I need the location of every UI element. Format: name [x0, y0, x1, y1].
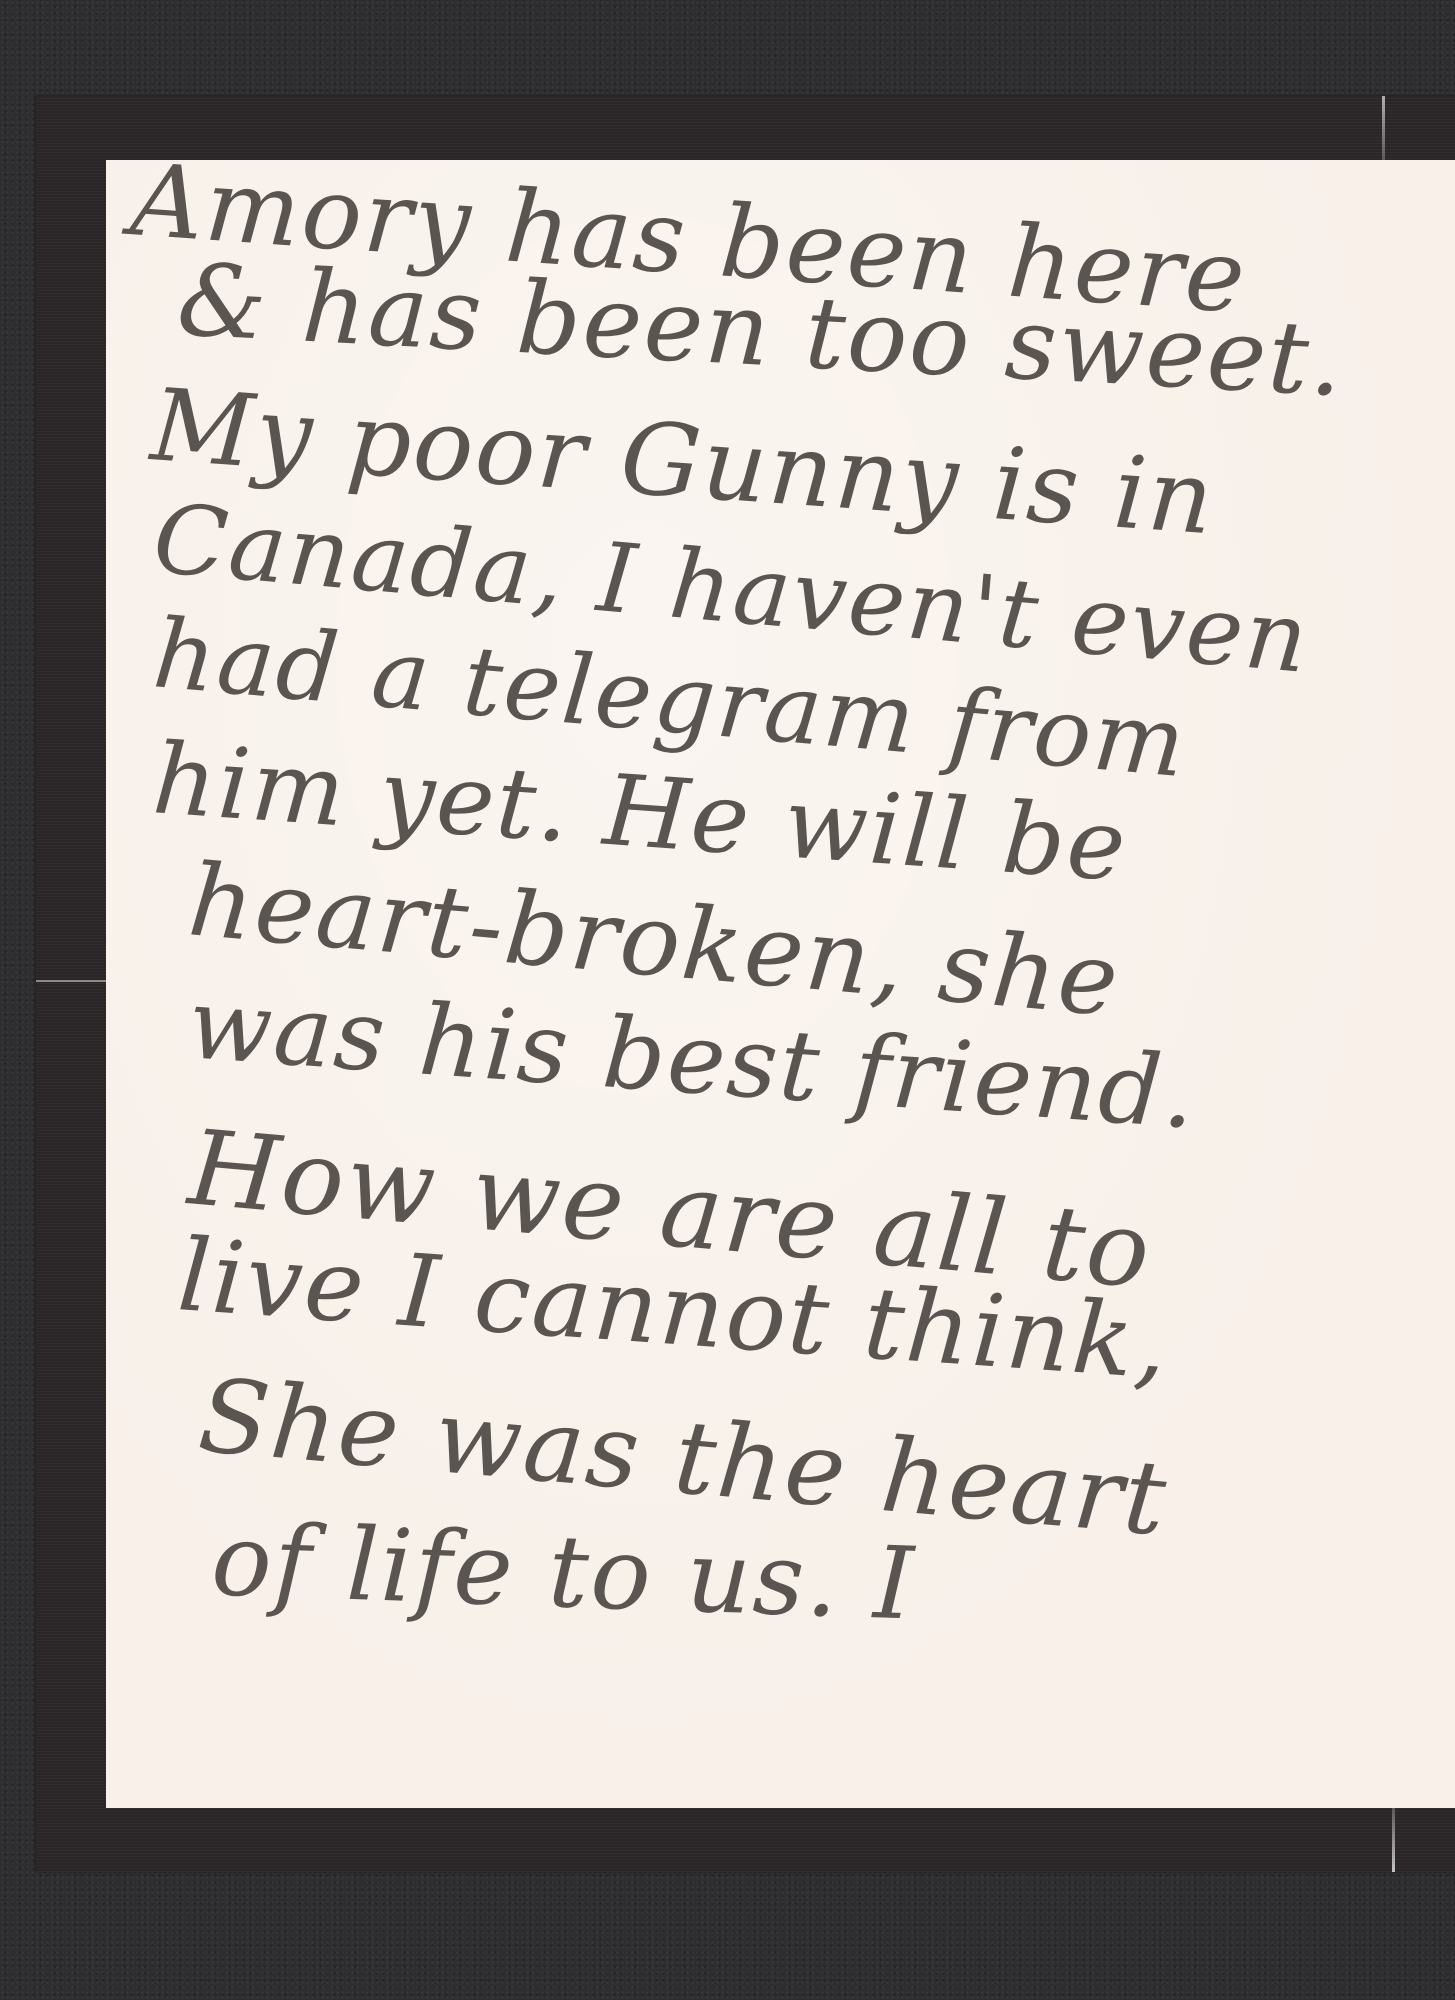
fold-line-bottom [1392, 1808, 1395, 1872]
fold-line-top [1382, 96, 1385, 160]
letter-line-12: of life to us. I [210, 1510, 917, 1635]
fold-line-left [36, 980, 106, 982]
